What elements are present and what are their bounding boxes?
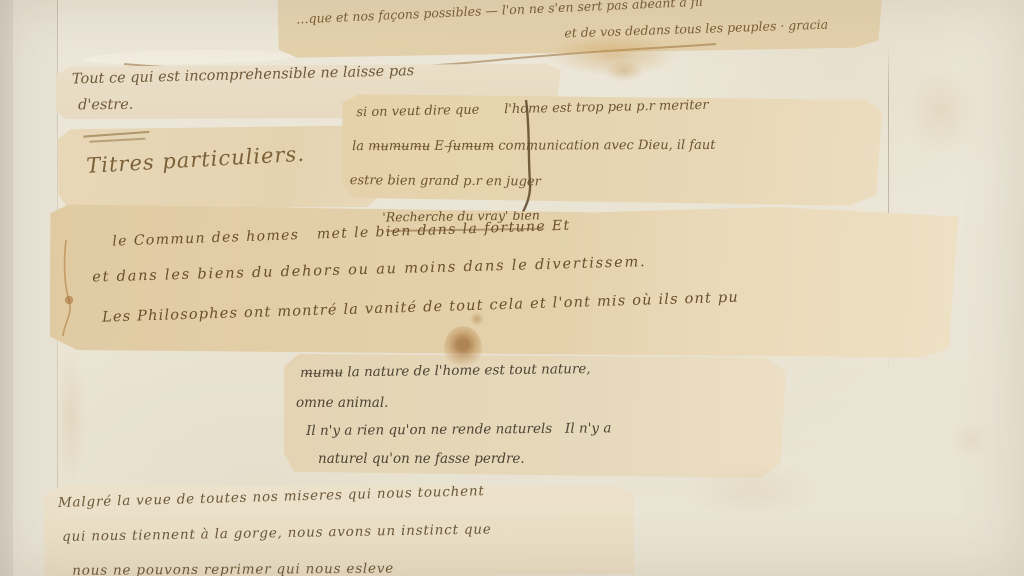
handwritten-line: nous ne pouvons reprimer qui nous esleve: [72, 562, 394, 576]
handwritten-line: et de vos dedans tous les peuples · grac…: [564, 18, 828, 40]
handwritten-line: la m̶u̶m̶u̶m̶u̶ E ſ̶u̶m̶u̶m̶ communicati…: [352, 139, 715, 155]
handwritten-line: omne animal.: [296, 396, 388, 411]
handwritten-line: naturel qu'on ne fasse perdre.: [318, 452, 525, 467]
handwritten-line: estre bien grand p.r en juger: [350, 174, 541, 190]
stain: [950, 420, 990, 460]
pasted-fragment-top: ⋯ …que et nos façons possibles — l'on ne…: [277, 0, 884, 61]
handwritten-line: Les Philosophes ont montré la vanité de …: [102, 291, 739, 327]
stain: [56, 352, 86, 482]
pasted-fragment-nature-de-l-homme: m̶u̶m̶u̶ la nature de l'home est tout na…: [284, 354, 786, 478]
strike-mark: [83, 131, 149, 138]
handwritten-line: le Commun des homes met le bien dans la …: [112, 219, 571, 250]
pasted-fragment-communication-dieu: si on veut dire que l'home est trop peu …: [342, 94, 883, 206]
stain: [604, 60, 644, 82]
pasted-fragment-malgre-nos-miseres: Malgré la veue de toutes nos miseres qui…: [44, 482, 635, 576]
manuscript-photo: ⋯ …que et nos façons possibles — l'on ne…: [0, 0, 1024, 576]
torn-paper-highlight: [84, 48, 294, 66]
handwritten-line: Tout ce qui est incomprehensible ne lais…: [72, 64, 415, 88]
handwritten-line: si on veut dire que l'home est trop peu …: [356, 99, 708, 121]
page-title: Titres particuliers.: [86, 143, 306, 178]
pasted-fragment-recherche-du-vray-bien: 'Recherche du vray' bien le Commun des h…: [50, 204, 959, 357]
stain: [906, 66, 976, 156]
strike-mark: [89, 138, 145, 143]
handwritten-line: d'estre.: [78, 98, 133, 115]
pasted-fragment-titres: Titres particuliers.: [57, 123, 391, 214]
handwritten-line: m̶u̶m̶u̶ la nature de l'home est tout na…: [300, 362, 591, 381]
handwritten-line: Il n'y a rien qu'on ne rende naturels Il…: [306, 421, 611, 439]
handwritten-line: et dans les biens du dehors ou au moins …: [92, 255, 647, 286]
handwritten-line: qui nous tiennent à la gorge, nous avons…: [62, 522, 492, 544]
handwritten-line: ⋯: [317, 0, 329, 1]
handwritten-line: Malgré la veue de toutes nos miseres qui…: [58, 484, 485, 511]
page-left-edge: [0, 0, 13, 576]
